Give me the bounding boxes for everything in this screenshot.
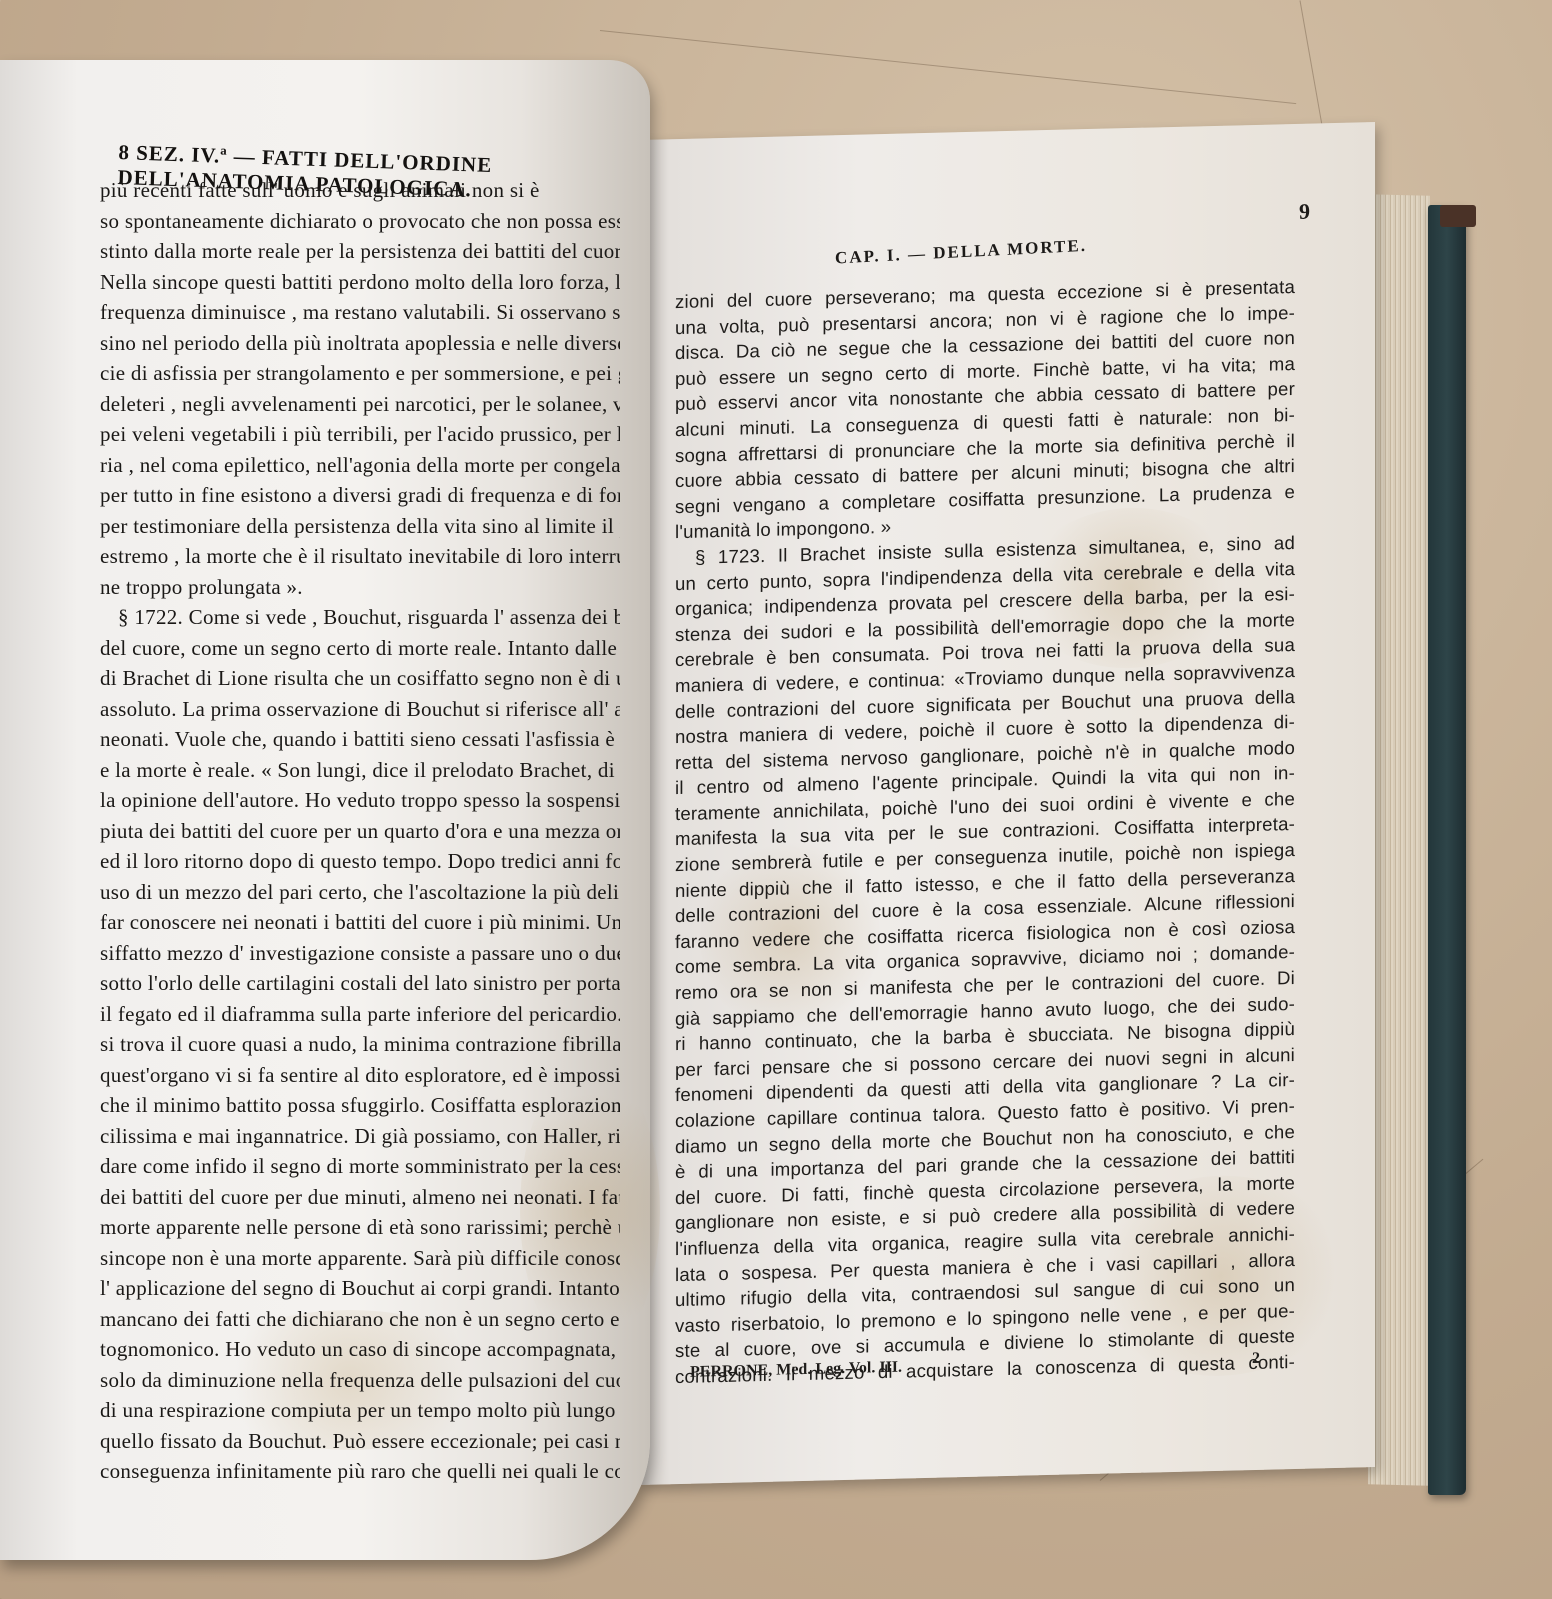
text-line: più recenti fatte sull' uomo e sugli ani…	[100, 175, 620, 206]
text-line: so spontaneamente dichiarato o provocato…	[100, 206, 620, 237]
text-block-edge	[1368, 194, 1430, 1486]
text-line: morte apparente nelle persone di età son…	[100, 1212, 620, 1243]
text-line: cie di asfissia per strangolamento e per…	[100, 358, 620, 389]
text-line: per testimoniare della persistenza della…	[100, 511, 620, 542]
text-line: pei veleni vegetabili i più terribili, p…	[100, 419, 620, 450]
text-line: siffatto mezzo d' investigazione consist…	[100, 938, 620, 969]
text-line: conseguenza infinitamente più raro che q…	[100, 1456, 620, 1487]
right-page-text: zioni del cuore perseverano; ma questa e…	[675, 274, 1295, 1390]
page-number-right: 9	[1299, 199, 1310, 225]
desk-grain-line	[600, 30, 1296, 104]
text-line: ed il loro ritorno dopo di questo tempo.…	[100, 846, 620, 877]
book-cover	[1428, 205, 1466, 1495]
book-spine-cap	[1440, 205, 1476, 227]
text-line: frequenza diminuisce , ma restano valuta…	[100, 297, 620, 328]
text-line: stinto dalla morte reale per la persiste…	[100, 236, 620, 267]
text-line: assoluto. La prima osservazione di Bouch…	[100, 694, 620, 725]
text-line: l' applicazione del segno di Bouchut ai …	[100, 1273, 620, 1304]
text-line: piuta dei battiti del cuore per un quart…	[100, 816, 620, 847]
text-line: che il minimo battito possa sfuggirlo. C…	[100, 1090, 620, 1121]
signature-mark-number: 2	[1252, 1350, 1260, 1368]
text-line: il fegato ed il diaframma sulla parte in…	[100, 999, 620, 1030]
text-line: quello fissato da Bouchut. Può essere ec…	[100, 1426, 620, 1457]
text-line: del cuore, come un segno certo di morte …	[100, 633, 620, 664]
left-page-text: più recenti fatte sull' uomo e sugli ani…	[100, 175, 620, 1487]
text-line: deleteri , negli avvelenamenti pei narco…	[100, 389, 620, 420]
text-line: sincope non è una morte apparente. Sarà …	[100, 1243, 620, 1274]
text-line: Nella sincope questi battiti perdono mol…	[100, 267, 620, 298]
left-page: 8 SEZ. IV.ª — FATTI DELL'ORDINE DELL'ANA…	[0, 60, 650, 1560]
text-line: per tutto in fine esistono a diversi gra…	[100, 480, 620, 511]
text-line: neonati. Vuole che, quando i battiti sie…	[100, 724, 620, 755]
text-line: la opinione dell'autore. Ho veduto tropp…	[100, 785, 620, 816]
text-line: ne troppo prolungata ».	[100, 572, 620, 603]
text-line: estremo , la morte che è il risultato in…	[100, 541, 620, 572]
text-line: ria , nel coma epilettico, nell'agonia d…	[100, 450, 620, 481]
text-line: uso di un mezzo del pari certo, che l'as…	[100, 877, 620, 908]
text-line: sino nel periodo della più inoltrata apo…	[100, 328, 620, 359]
text-line: si trova il cuore quasi a nudo, la minim…	[100, 1029, 620, 1060]
text-line: di una respirazione compiuta per un temp…	[100, 1395, 620, 1426]
text-line: quest'organo vi si fa sentire al dito es…	[100, 1060, 620, 1091]
text-line: sotto l'orlo delle cartilagini costali d…	[100, 968, 620, 999]
text-line: e la morte è reale. « Son lungi, dice il…	[100, 755, 620, 786]
text-line: dei battiti del cuore per due minuti, al…	[100, 1182, 620, 1213]
running-head-right: CAP. I. — DELLA MORTE.	[835, 236, 1087, 269]
text-line: solo da diminuzione nella frequenza dell…	[100, 1365, 620, 1396]
right-page: CAP. I. — DELLA MORTE. 9 zioni del cuore…	[640, 122, 1375, 1485]
text-line: di Brachet di Lione risulta che un cosif…	[100, 663, 620, 694]
section-1722-start: § 1722. Come si vede , Bouchut, risguard…	[100, 602, 620, 633]
text-line: dare come infido il segno di morte sommi…	[100, 1151, 620, 1182]
page-number-left: 8	[118, 140, 130, 164]
text-line: cilissima e mai ingannatrice. Di già pos…	[100, 1121, 620, 1152]
text-line: mancano dei fatti che dichiarano che non…	[100, 1304, 620, 1335]
text-line: tognomonico. Ho veduto un caso di sincop…	[100, 1334, 620, 1365]
text-line: far conoscere nei neonati i battiti del …	[100, 907, 620, 938]
